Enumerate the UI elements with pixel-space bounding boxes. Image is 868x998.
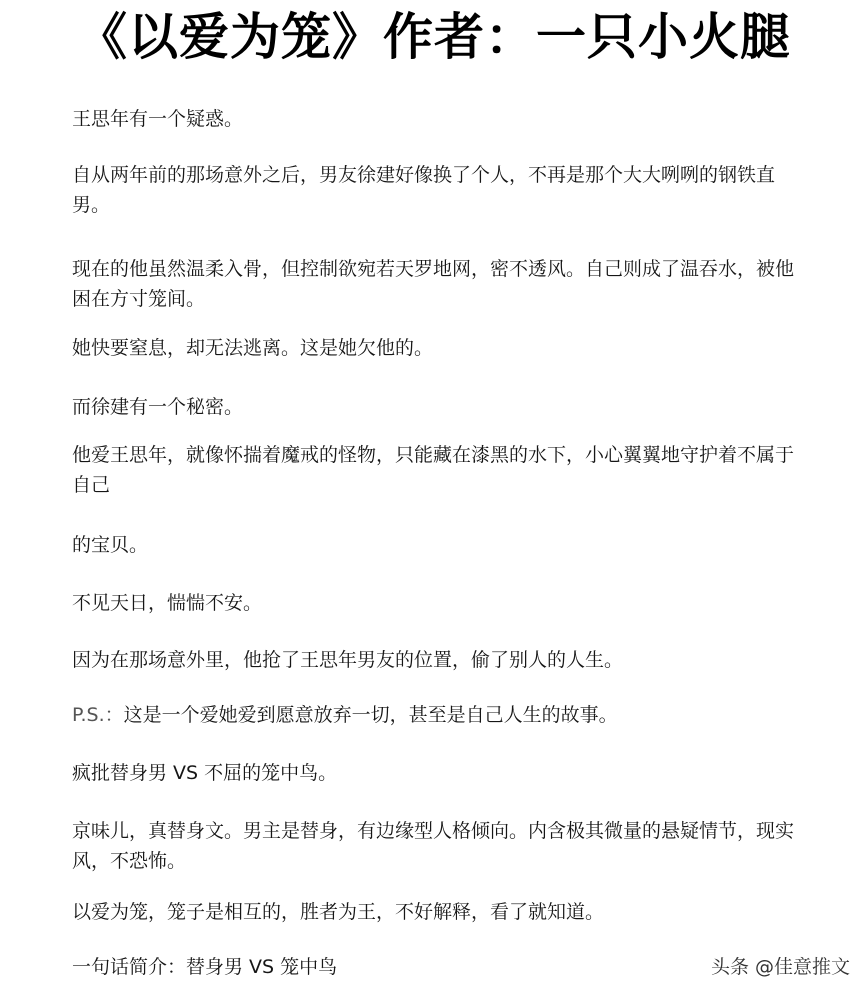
paragraph-summary: 一句话简介：替身男 VS 笼中鸟 xyxy=(72,952,812,982)
paragraph-3: 现在的他虽然温柔入骨，但控制欲宛若天罗地网，密不透风。自己则成了温吞水，被他困在… xyxy=(72,254,812,314)
paragraph-ps: P.S.：这是一个爱她爱到愿意放弃一切，甚至是自己人生的故事。 xyxy=(72,700,812,730)
paragraph-7: 的宝贝。 xyxy=(72,530,812,560)
paragraph-4: 她快要窒息，却无法逃离。这是她欠他的。 xyxy=(72,333,812,363)
watermark: 头条 @佳意推文 xyxy=(711,952,850,982)
ps-prefix: P.S.： xyxy=(72,704,124,726)
paragraph-1: 王思年有一个疑惑。 xyxy=(72,104,812,134)
paragraph-9: 因为在那场意外里，他抢了王思年男友的位置，偷了别人的人生。 xyxy=(72,645,812,675)
paragraph-11: 疯批替身男 VS 不屈的笼中鸟。 xyxy=(72,758,812,788)
paragraph-5: 而徐建有一个秘密。 xyxy=(72,392,812,422)
ps-text: 这是一个爱她爱到愿意放弃一切，甚至是自己人生的故事。 xyxy=(124,704,618,726)
document-title: 《以爱为笼》作者：一只小火腿 xyxy=(0,4,868,70)
paragraph-12: 京味儿，真替身文。男主是替身，有边缘型人格倾向。内含极其微量的悬疑情节，现实风，… xyxy=(72,816,812,876)
paragraph-8: 不见天日，惴惴不安。 xyxy=(72,588,812,618)
paragraph-2: 自从两年前的那场意外之后，男友徐建好像换了个人，不再是那个大大咧咧的钢铁直男。 xyxy=(72,160,812,220)
paragraph-13: 以爱为笼，笼子是相互的，胜者为王，不好解释，看了就知道。 xyxy=(72,897,812,927)
paragraph-6: 他爱王思年，就像怀揣着魔戒的怪物，只能藏在漆黑的水下，小心翼翼地守护着不属于自己 xyxy=(72,440,812,500)
